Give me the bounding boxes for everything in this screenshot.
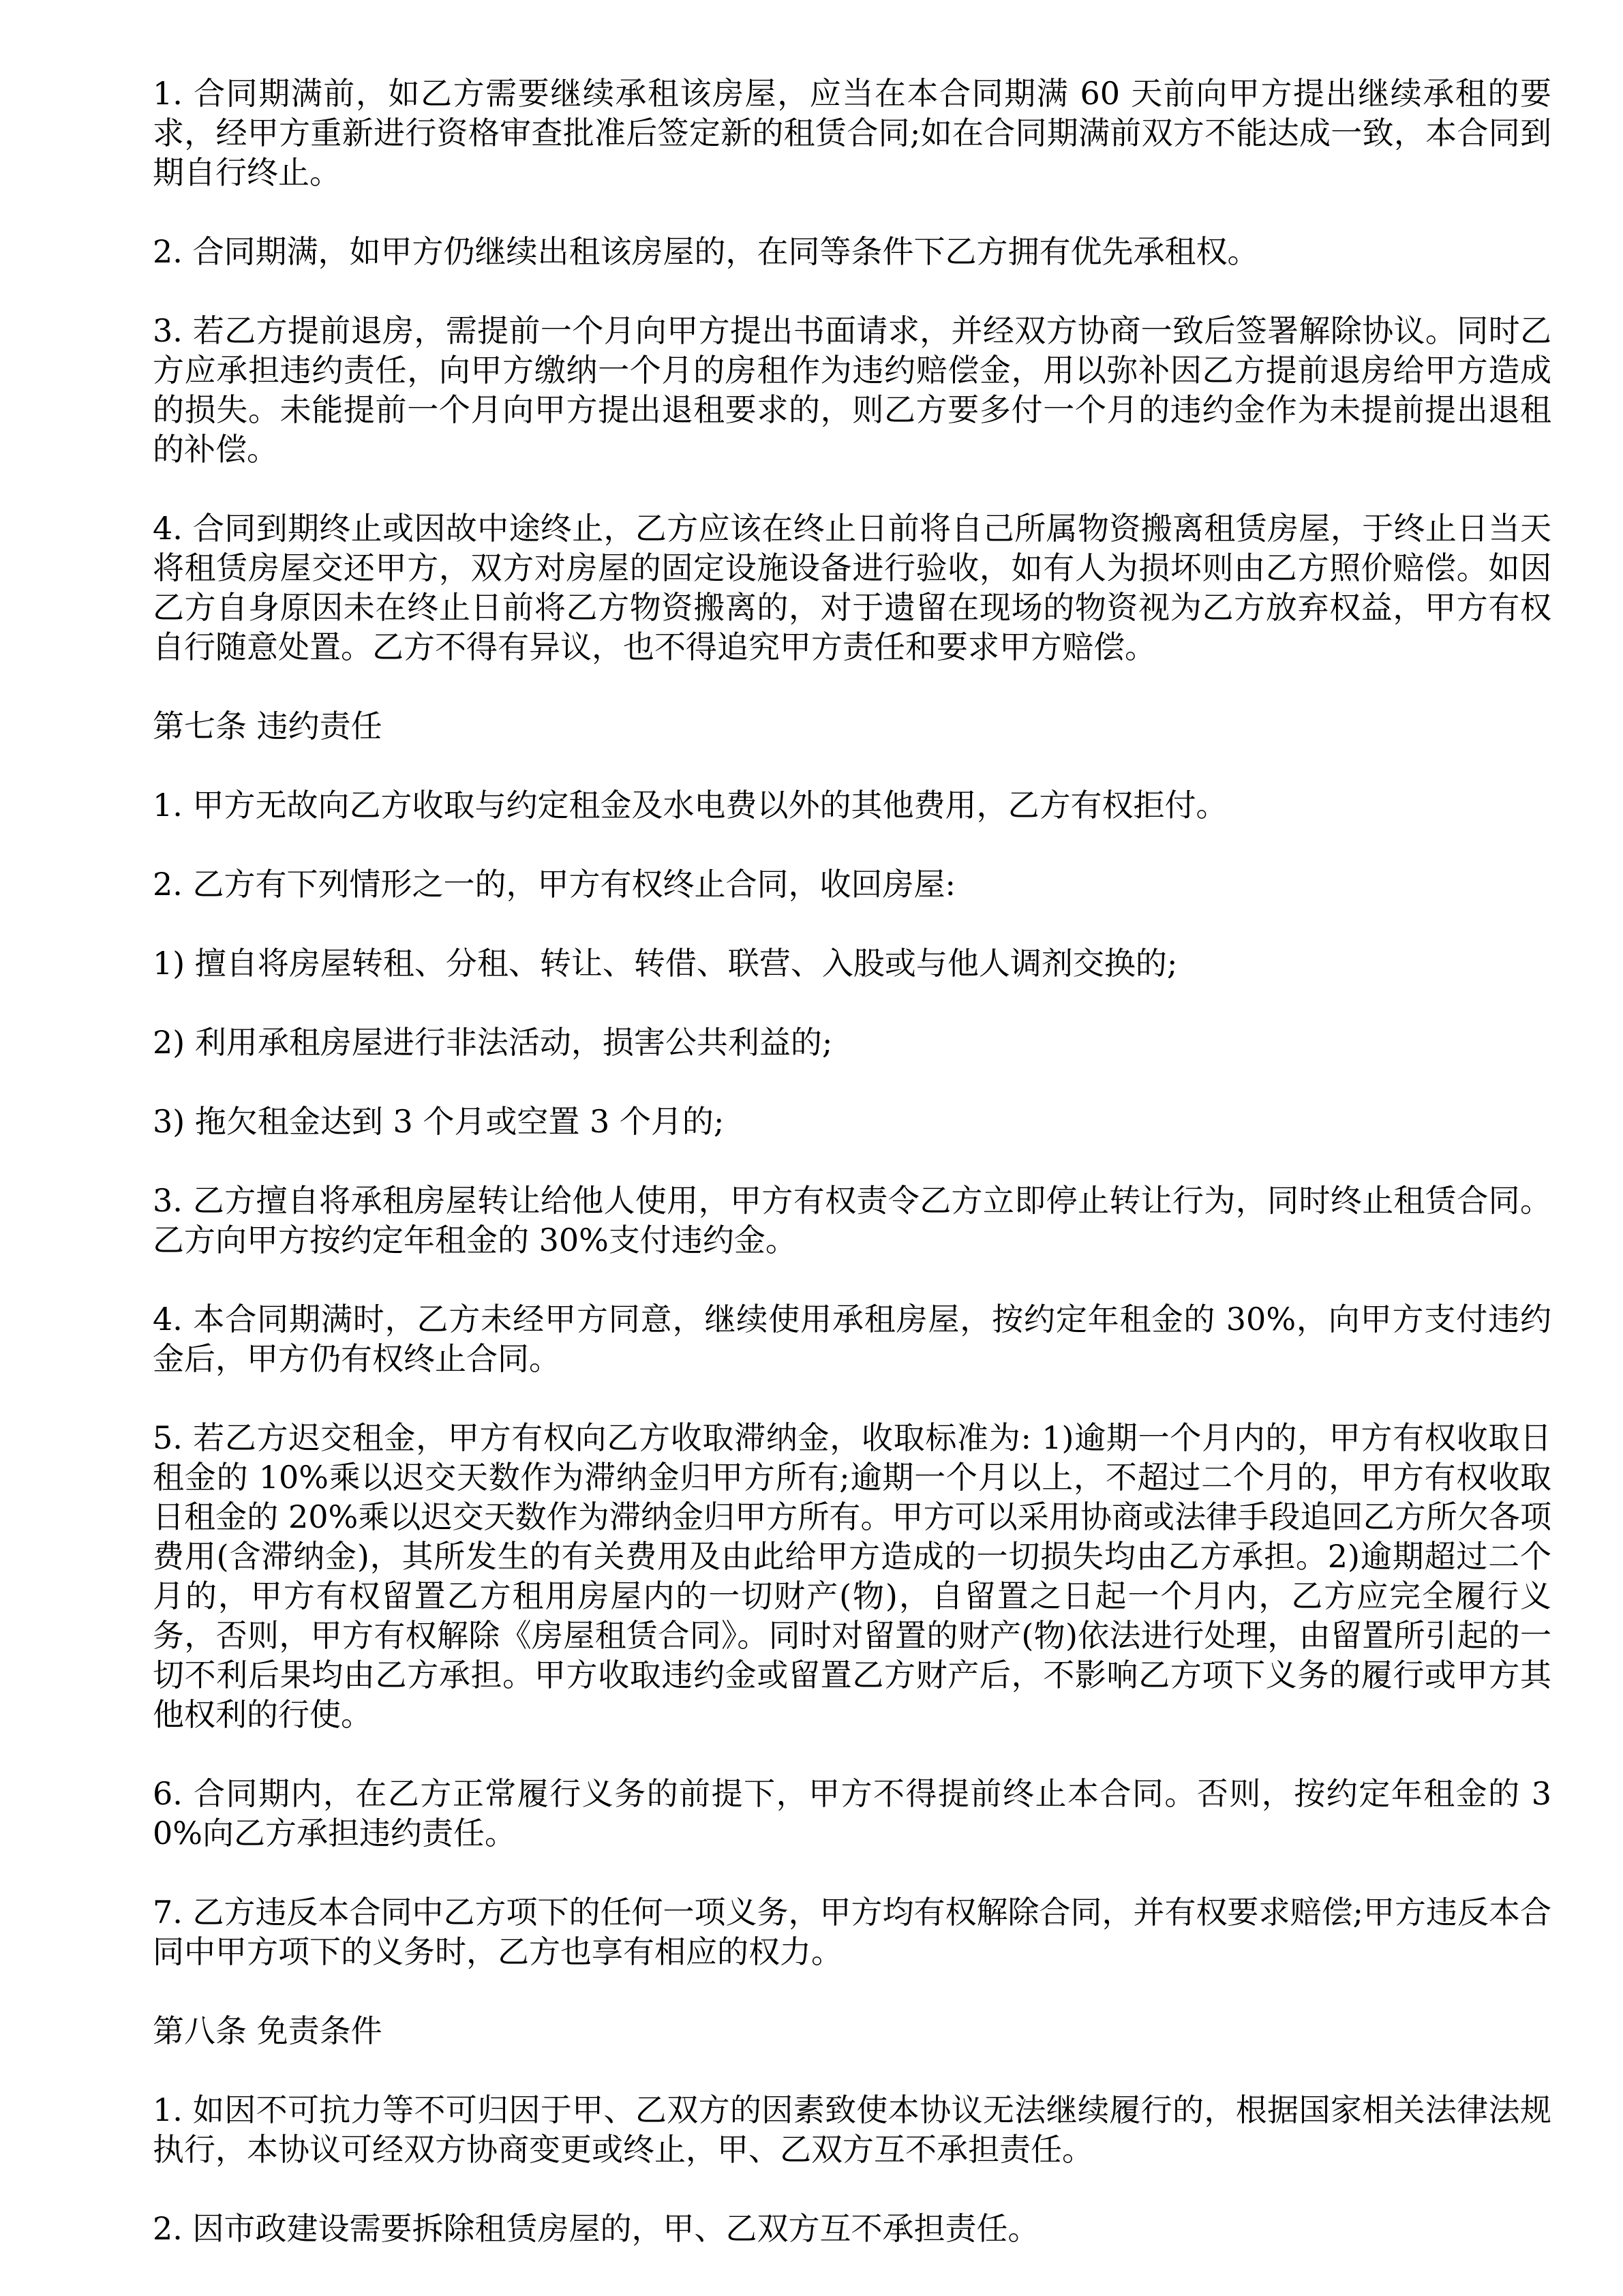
subclause-paragraph: 3) 拖欠租金达到 3 个月或空置 3 个月的;	[153, 1102, 1551, 1141]
clause-paragraph: 2. 乙方有下列情形之一的，甲方有权终止合同，收回房屋:	[153, 864, 1551, 904]
clause-paragraph: 2. 因市政建设需要拆除租赁房屋的，甲、乙双方互不承担责任。	[153, 2209, 1551, 2248]
clause-paragraph: 6. 合同期内，在乙方正常履行义务的前提下，甲方不得提前终止本合同。否则，按约定…	[153, 1774, 1551, 1853]
contract-text-body: 1. 合同期满前，如乙方需要继续承租该房屋，应当在本合同期满 60 天前向甲方提…	[153, 74, 1551, 2288]
subclause-paragraph: 2) 利用承租房屋进行非法活动，损害公共利益的;	[153, 1023, 1551, 1062]
section-heading-article-7: 第七条 违约责任	[153, 706, 1551, 746]
subclause-paragraph: 1) 擅自将房屋转租、分租、转让、转借、联营、入股或与他人调剂交换的;	[153, 943, 1551, 983]
section-heading-article-8: 第八条 免责条件	[153, 2011, 1551, 2051]
clause-paragraph: 1. 甲方无故向乙方收取与约定租金及水电费以外的其他费用，乙方有权拒付。	[153, 785, 1551, 825]
clause-paragraph: 7. 乙方违反本合同中乙方项下的任何一项义务，甲方均有权解除合同，并有权要求赔偿…	[153, 1892, 1551, 1972]
clause-paragraph: 1. 如因不可抗力等不可归因于甲、乙双方的因素致使本协议无法继续履行的，根据国家…	[153, 2090, 1551, 2169]
clause-paragraph: 1. 合同期满前，如乙方需要继续承租该房屋，应当在本合同期满 60 天前向甲方提…	[153, 74, 1551, 192]
clause-paragraph: 5. 若乙方迟交租金，甲方有权向乙方收取滞纳金，收取标准为: 1)逾期一个月内的…	[153, 1418, 1551, 1734]
clause-paragraph: 4. 合同到期终止或因故中途终止，乙方应该在终止日前将自己所属物资搬离租赁房屋，…	[153, 509, 1551, 667]
document-page: 1. 合同期满前，如乙方需要继续承租该房屋，应当在本合同期满 60 天前向甲方提…	[0, 0, 1623, 2296]
clause-paragraph: 3. 乙方擅自将承租房屋转让给他人使用，甲方有权责令乙方立即停止转让行为，同时终…	[153, 1181, 1551, 1260]
clause-paragraph: 3. 若乙方提前退房，需提前一个月向甲方提出书面请求，并经双方协商一致后签署解除…	[153, 311, 1551, 469]
clause-paragraph: 2. 合同期满，如甲方仍继续出租该房屋的，在同等条件下乙方拥有优先承租权。	[153, 232, 1551, 271]
clause-paragraph: 4. 本合同期满时，乙方未经甲方同意，继续使用承租房屋，按约定年租金的 30%，…	[153, 1299, 1551, 1378]
